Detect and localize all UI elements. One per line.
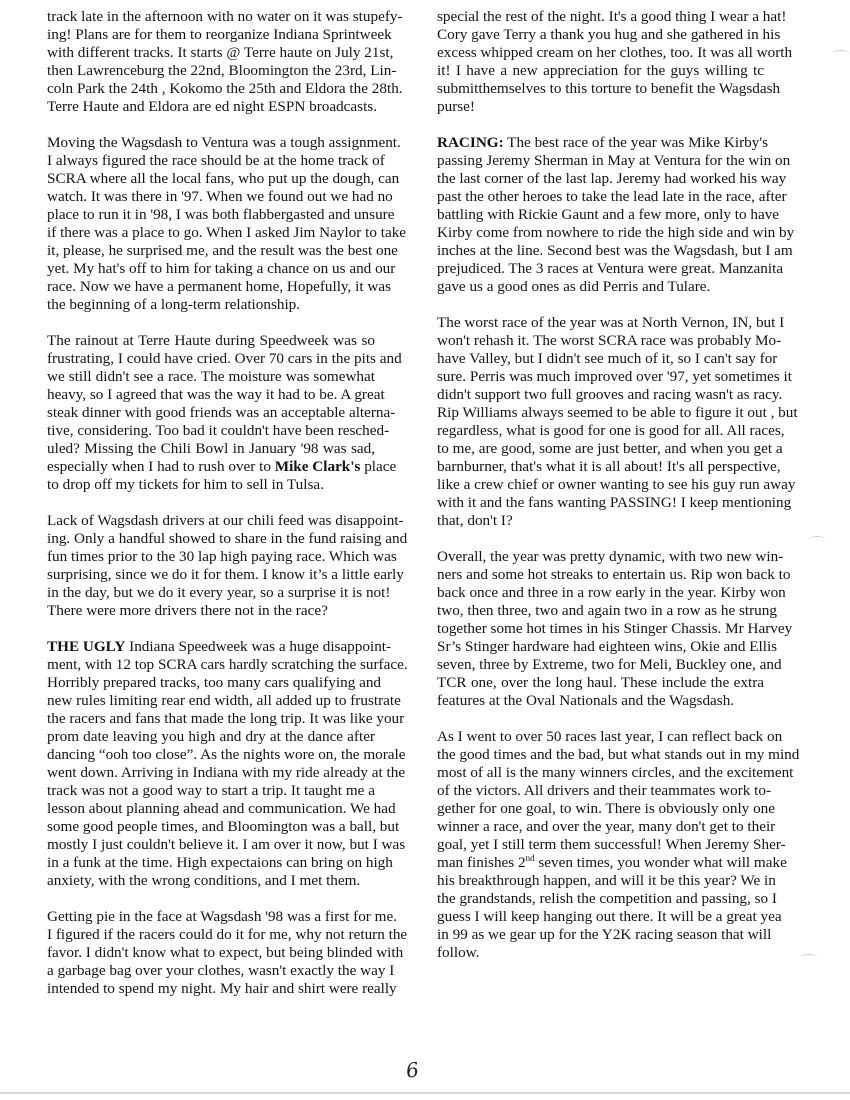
text-line: battling with Rickie Gaunt and a few mor… [437,206,764,224]
text-line: it! I have a new appreciation for the gu… [437,62,764,80]
text-line: guess I will keep hanging out there. It … [437,908,764,926]
text-line: most of all is the many winners circles,… [437,764,764,782]
text-line: Terre Haute and Eldora are ed night ESPN… [47,98,375,116]
text-line: There were more drivers there not in the… [47,602,375,620]
text-line: then Lawrenceburg the 22nd, Bloomington … [47,62,375,80]
scan-edge-mark [832,50,850,59]
ordinal-superscript: nd [526,853,535,863]
text-line: dancing “ooh too close”. As the nights w… [47,746,375,764]
text-line: TCR one, over the long haul. These inclu… [437,674,764,692]
text-line: race. Now we have a permanent home, Hope… [47,278,375,296]
text-line: fun times prior to the 30 lap high payin… [47,548,375,566]
text-line: some good people times, and Bloomington … [47,818,375,836]
text-line: barnburner, that's what it is all about!… [437,458,764,476]
text-line: anxiety, with the wrong conditions, and … [47,872,375,890]
text-line: gether for one goal, to win. There is ob… [437,800,764,818]
text-line-mixed: THE UGLY Indiana Speedweek was a huge di… [47,638,375,656]
text-line: gave us a good ones as did Perris and Tu… [437,278,764,296]
paragraph-wagsdash-ventura: Moving the Wagsdash to Ventura was a tou… [47,134,375,314]
text-line: it, please, he surprised me, and the res… [47,242,375,260]
text-line: a garbage bag over your clothes, wasn't … [47,962,375,980]
text-line: that, don't I? [437,512,764,530]
text-line: favor. I didn't know what to expect, but… [47,944,375,962]
text-line: won't rehash it. The worst SCRA race was… [437,332,764,350]
text-run: The best race of the year was Mike Kirby… [504,134,768,151]
text-line: of the victors. All drivers and their te… [437,782,764,800]
text-line: As I went to over 50 races last year, I … [437,728,764,746]
paragraph-chili-feed: Lack of Wagsdash drivers at our chili fe… [47,512,375,620]
text-run: Indiana Speedweek was a huge disappoint- [125,638,391,655]
text-line-mixed: RACING: The best race of the year was Mi… [437,134,764,152]
text-line: the grandstands, relish the competition … [437,890,764,908]
text-line: tive, considering. Too bad it couldn't h… [47,422,375,440]
text-line: in the day, but we do it every year, so … [47,584,375,602]
text-line: surprising, since we do it for them. I k… [47,566,375,584]
text-line: Cory gave Terry a thank you hug and she … [437,26,764,44]
text-line: excess whipped cream on her clothes, too… [437,44,764,62]
text-line: frustrating, I could have cried. Over 70… [47,350,375,368]
text-line: ing! Plans are for them to reorganize In… [47,26,375,44]
text-line: the last corner of the last lap. Jeremy … [437,170,764,188]
paragraph-pie-in-face: Getting pie in the face at Wagsdash '98 … [47,908,375,998]
text-line: regardless, what is good for one is good… [437,422,764,440]
right-column: special the rest of the night. It's a go… [437,8,764,980]
paragraph-reflection: As I went to over 50 races last year, I … [437,728,764,962]
page-bottom-edge [0,1092,850,1094]
text-line: have Valley, but I didn't see much of it… [437,350,764,368]
text-line: didn't support two full grooves and raci… [437,386,764,404]
text-line: his breakthrough happen, and will it be … [437,872,764,890]
text-line: in 99 as we gear up for the Y2K racing s… [437,926,764,944]
text-line: back once and three in a row early in th… [437,584,764,602]
paragraph-sprintweek: track late in the afternoon with no wate… [47,8,375,116]
paragraph-pie-continued: special the rest of the night. It's a go… [437,8,764,116]
text-line: features at the Oval Nationals and the W… [437,692,764,710]
text-line: uled? Missing the Chili Bowl in January … [47,440,375,458]
text-line: inches at the line. Second best was the … [437,242,764,260]
text-line: heavy, so I agreed that was the way it h… [47,386,375,404]
text-line: with different tracks. It starts @ Terre… [47,44,375,62]
bold-name: Mike Clark's [275,458,361,475]
text-line: I always figured the race should be at t… [47,152,375,170]
text-line: seven, three by Extreme, two for Meli, B… [437,656,764,674]
text-line: new rules limiting rear end width, all a… [47,692,375,710]
text-line: with it and the fans wanting PASSING! I … [437,494,764,512]
text-run: especially when I had to rush over to [47,458,275,475]
paragraph-the-ugly: THE UGLY Indiana Speedweek was a huge di… [47,638,375,890]
text-line: I figured if the racers could do it for … [47,926,375,944]
text-run: place [360,458,396,475]
text-run: man finishes 2 [437,854,526,871]
section-heading: THE UGLY [47,638,125,655]
text-line: we still didn't see a race. The moisture… [47,368,375,386]
text-line: went down. Arriving in Indiana with my r… [47,764,375,782]
text-line-mixed: man finishes 2nd seven times, you wonder… [437,854,764,872]
paragraph-racing: RACING: The best race of the year was Mi… [437,134,764,296]
text-line: place to run it in '98, I was both flabb… [47,206,375,224]
text-line: to drop off my tickets for him to sell i… [47,476,375,494]
text-line: follow. [437,944,764,962]
text-run: seven times, you wonder what will make [535,854,787,871]
text-line: Horribly prepared tracks, too many cars … [47,674,375,692]
text-line: submitthemselves to this torture to bene… [437,80,764,98]
text-line: if there was a place to go. When I asked… [47,224,375,242]
text-line-mixed: especially when I had to rush over to Mi… [47,458,375,476]
paragraph-overall: Overall, the year was pretty dynamic, wi… [437,548,764,710]
section-heading: RACING: [437,134,504,151]
text-line: Moving the Wagsdash to Ventura was a tou… [47,134,375,152]
text-line: the good times and the bad, but what sta… [437,746,764,764]
text-line: intended to spend my night. My hair and … [47,980,375,998]
text-line: the racers and fans that made the long t… [47,710,375,728]
text-line: Sr’s Stinger hardware had eighteen wins,… [437,638,764,656]
text-line: prom date leaving you high and dry at th… [47,728,375,746]
text-line: in a funk at the time. High expectaions … [47,854,375,872]
paragraph-worst-race: The worst race of the year was at North … [437,314,764,530]
page-number: 6 [404,1057,420,1083]
text-line: prejudiced. The 3 races at Ventura were … [437,260,764,278]
text-line: together some hot times in his Stinger C… [437,620,764,638]
scan-edge-mark [808,536,826,545]
paragraph-rainout: The rainout at Terre Haute during Speedw… [47,332,375,494]
text-line: Getting pie in the face at Wagsdash '98 … [47,908,375,926]
text-line: Lack of Wagsdash drivers at our chili fe… [47,512,375,530]
text-line: Rip Williams always seemed to be able to… [437,404,764,422]
text-line: SCRA where all the local fans, who put u… [47,170,375,188]
text-line: past the other heroes to take the lead l… [437,188,764,206]
text-line: goal, yet I still term them successful! … [437,836,764,854]
scan-edge-mark [800,954,818,963]
text-line: Kirby come from nowhere to ride the high… [437,224,764,242]
text-line: coln Park the 24th , Kokomo the 25th and… [47,80,375,98]
text-line: special the rest of the night. It's a go… [437,8,764,26]
text-line: lesson about planning ahead and communic… [47,800,375,818]
text-line: to me, are good, some are just better, a… [437,440,764,458]
text-line: mostly I just couldn't believe it. I am … [47,836,375,854]
text-line: like a crew chief or owner wanting to se… [437,476,764,494]
text-line: two, then three, two and again two in a … [437,602,764,620]
text-line: track was not a good way to start a trip… [47,782,375,800]
text-line: The worst race of the year was at North … [437,314,764,332]
text-line: ners and some hot streaks to entertain u… [437,566,764,584]
text-line: yet. My hat's off to him for taking a ch… [47,260,375,278]
text-line: passing Jeremy Sherman in May at Ventura… [437,152,764,170]
text-line: steak dinner with good friends was an ac… [47,404,375,422]
text-line: The rainout at Terre Haute during Speedw… [47,332,375,350]
text-line: Overall, the year was pretty dynamic, wi… [437,548,764,566]
text-line: track late in the afternoon with no wate… [47,8,375,26]
text-line: ing. Only a handful showed to share in t… [47,530,375,548]
text-line: the beginning of a long-term relationshi… [47,296,375,314]
text-line: sure. Perris was much improved over '97,… [437,368,764,386]
text-line: purse! [437,98,764,116]
text-line: ment, with 12 top SCRA cars hardly scrat… [47,656,375,674]
text-line: winner a race, and over the year, many d… [437,818,764,836]
left-column: track late in the afternoon with no wate… [47,8,375,1016]
text-line: watch. It was there in '97. When we foun… [47,188,375,206]
